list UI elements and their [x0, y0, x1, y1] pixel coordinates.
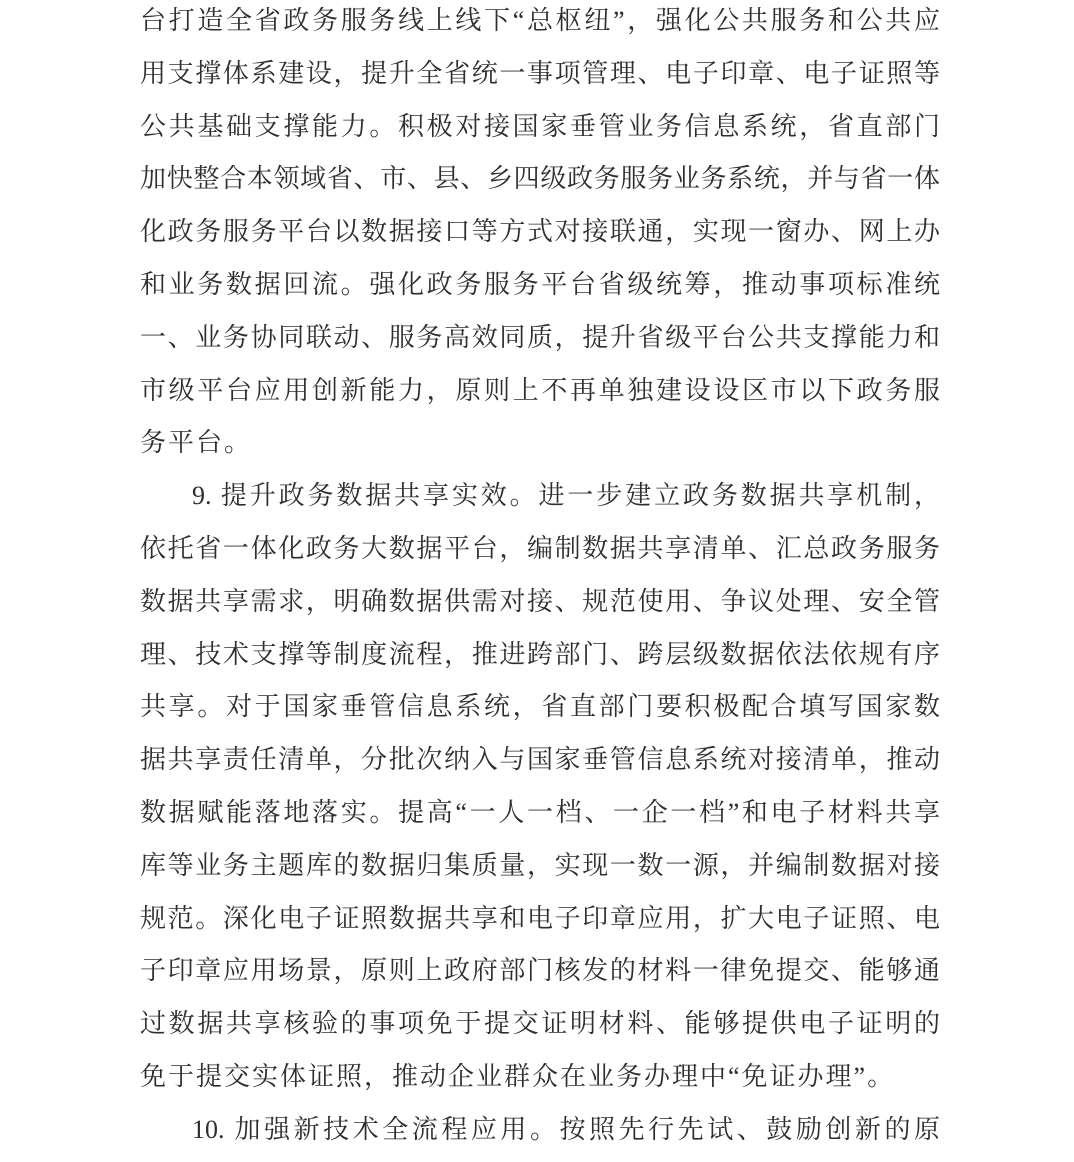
text-line-16: 数据赋能落地落实。提高“一人一档、一企一档”和电子材料共享 — [140, 787, 940, 840]
text-line-22-item-10-heading: 10. 加强新技术全流程应用。按照先行先试、鼓励创新的原 — [140, 1104, 940, 1157]
text-line-17: 库等业务主题库的数据归集质量，实现一数一源，并编制数据对接 — [140, 840, 940, 893]
text-line-10-item-9-heading: 9. 提升政务数据共享实效。进一步建立政务数据共享机制， — [140, 470, 940, 523]
text-line-08: 市级平台应用创新能力，原则上不再单独建设设区市以下政务服 — [140, 365, 940, 418]
text-line-19: 子印章应用场景，原则上政府部门核发的材料一律免提交、能够通 — [140, 945, 940, 998]
text-line-20: 过数据共享核验的事项免于提交证明材料、能够提供电子证明的 — [140, 998, 940, 1051]
text-line-18: 规范。深化电子证照数据共享和电子印章应用，扩大电子证照、电 — [140, 893, 940, 946]
text-line-15: 据共享责任清单，分批次纳入与国家垂管信息系统对接清单，推动 — [140, 734, 940, 787]
text-line-02: 用支撑体系建设，提升全省统一事项管理、电子印章、电子证照等 — [140, 48, 940, 101]
text-line-01: 台打造全省政务服务线上线下“总枢纽”，强化公共服务和公共应 — [140, 0, 940, 48]
document-body: 台打造全省政务服务线上线下“总枢纽”，强化公共服务和公共应 用支撑体系建设，提升… — [140, 0, 940, 1157]
text-line-13: 理、技术支撑等制度流程，推进跨部门、跨层级数据依法依规有序 — [140, 629, 940, 682]
text-line-12: 数据共享需求，明确数据供需对接、规范使用、争议处理、安全管 — [140, 576, 940, 629]
text-line-09: 务平台。 — [140, 417, 940, 470]
document-page: 台打造全省政务服务线上线下“总枢纽”，强化公共服务和公共应 用支撑体系建设，提升… — [0, 0, 1074, 1162]
text-line-03: 公共基础支撑能力。积极对接国家垂管业务信息系统，省直部门 — [140, 101, 940, 154]
text-line-21: 免于提交实体证照，推动企业群众在业务办理中“免证办理”。 — [140, 1051, 940, 1104]
text-line-04: 加快整合本领域省、市、县、乡四级政务服务业务系统，并与省一体 — [140, 153, 940, 206]
text-line-14: 共享。对于国家垂管信息系统，省直部门要积极配合填写国家数 — [140, 681, 940, 734]
text-line-06: 和业务数据回流。强化政务服务平台省级统筹，推动事项标准统 — [140, 259, 940, 312]
text-line-05: 化政务服务平台以数据接口等方式对接联通，实现一窗办、网上办 — [140, 206, 940, 259]
text-line-07: 一、业务协同联动、服务高效同质，提升省级平台公共支撑能力和 — [140, 312, 940, 365]
text-line-11: 依托省一体化政务大数据平台，编制数据共享清单、汇总政务服务 — [140, 523, 940, 576]
